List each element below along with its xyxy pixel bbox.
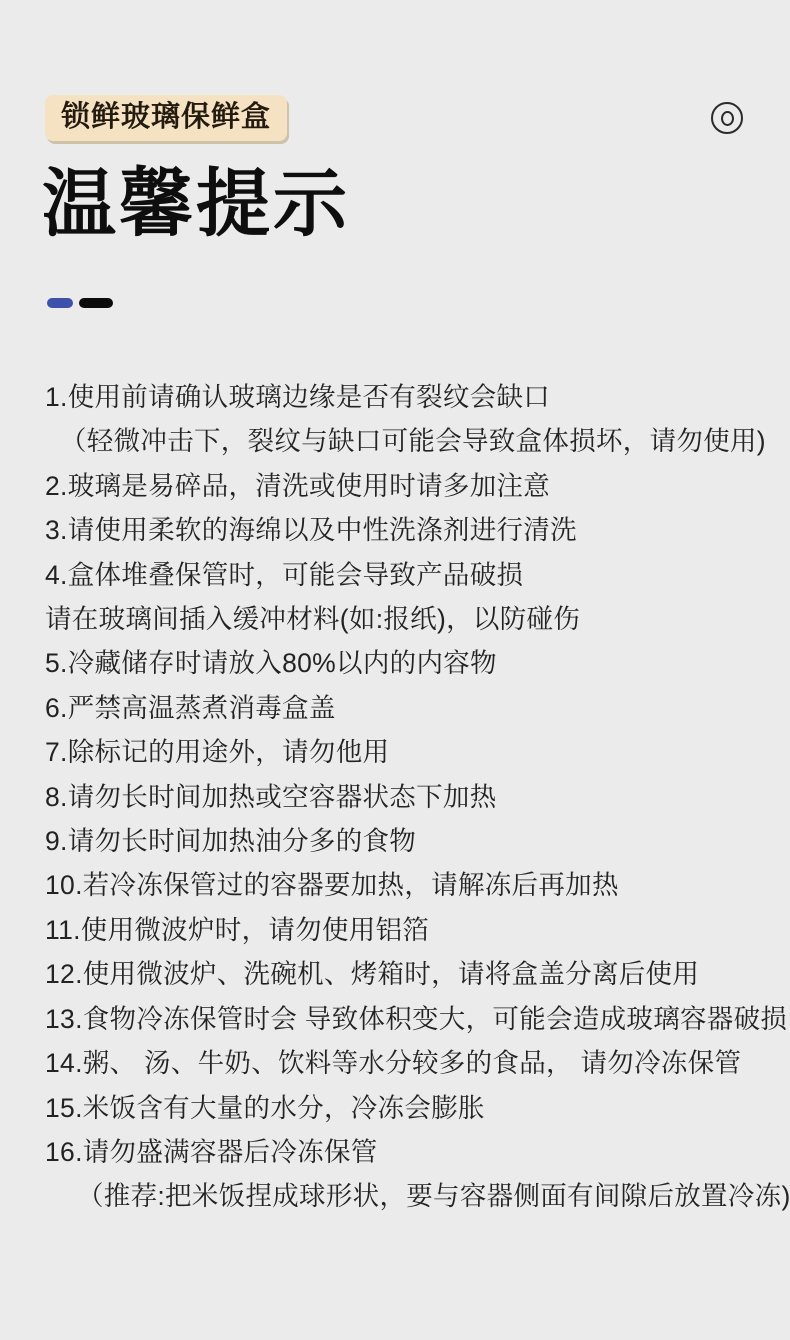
tip-line: 4.盒体堆叠保管时，可能会导致产品破损 bbox=[45, 553, 780, 597]
tip-line: （推荐:把米饭捏成球形状，要与容器侧面有间隙后放置冷冻) bbox=[45, 1174, 780, 1218]
tips-list: 1.使用前请确认玻璃边缘是否有裂纹会缺口（轻微冲击下，裂纹与缺口可能会导致盒体损… bbox=[45, 375, 780, 1219]
tip-line: 16.请勿盛满容器后冷冻保管 bbox=[45, 1130, 780, 1174]
blue-dash bbox=[47, 298, 73, 308]
tip-line: 7.除标记的用途外，请勿他用 bbox=[45, 730, 780, 774]
tip-line: 10.若冷冻保管过的容器要加热，请解冻后再加热 bbox=[45, 863, 780, 907]
product-name-badge: 锁鲜玻璃保鲜盒 bbox=[45, 95, 287, 141]
tip-line: 11.使用微波炉时，请勿使用铝箔 bbox=[45, 908, 780, 952]
tip-line: 3.请使用柔软的海绵以及中性洗涤剂进行清洗 bbox=[45, 508, 780, 552]
tip-line: （轻微冲击下，裂纹与缺口可能会导致盒体损坏，请勿使用) bbox=[45, 419, 780, 463]
product-tips-page: 锁鲜玻璃保鲜盒 温馨提示 1.使用前请确认玻璃边缘是否有裂纹会缺口（轻微冲击下，… bbox=[0, 0, 790, 1340]
double-circle-icon bbox=[711, 102, 743, 134]
page-title: 温馨提示 bbox=[42, 158, 350, 251]
product-name-label: 锁鲜玻璃保鲜盒 bbox=[61, 101, 271, 133]
tip-line: 6.严禁高温蒸煮消毒盒盖 bbox=[45, 686, 780, 730]
tip-line: 14.粥、 汤、牛奶、饮料等水分较多的食品， 请勿冷冻保管 bbox=[45, 1041, 780, 1085]
tip-line: 13.食物冷冻保管时会 导致体积变大，可能会造成玻璃容器破损 bbox=[45, 997, 780, 1041]
black-dash bbox=[79, 298, 113, 308]
tip-line: 12.使用微波炉、洗碗机、烤箱时，请将盒盖分离后使用 bbox=[45, 952, 780, 996]
double-circle-inner bbox=[721, 111, 734, 126]
tip-line: 15.米饭含有大量的水分，冷冻会膨胀 bbox=[45, 1086, 780, 1130]
tip-line: 9.请勿长时间加热油分多的食物 bbox=[45, 819, 780, 863]
tip-line: 8.请勿长时间加热或空容器状态下加热 bbox=[45, 775, 780, 819]
tip-line: 请在玻璃间插入缓冲材料(如:报纸)，以防碰伤 bbox=[45, 597, 780, 641]
tip-line: 5.冷藏储存时请放入80%以内的内容物 bbox=[45, 641, 780, 685]
tip-line: 2.玻璃是易碎品，清洗或使用时请多加注意 bbox=[45, 464, 780, 508]
title-underline bbox=[47, 298, 113, 308]
tip-line: 1.使用前请确认玻璃边缘是否有裂纹会缺口 bbox=[45, 375, 780, 419]
